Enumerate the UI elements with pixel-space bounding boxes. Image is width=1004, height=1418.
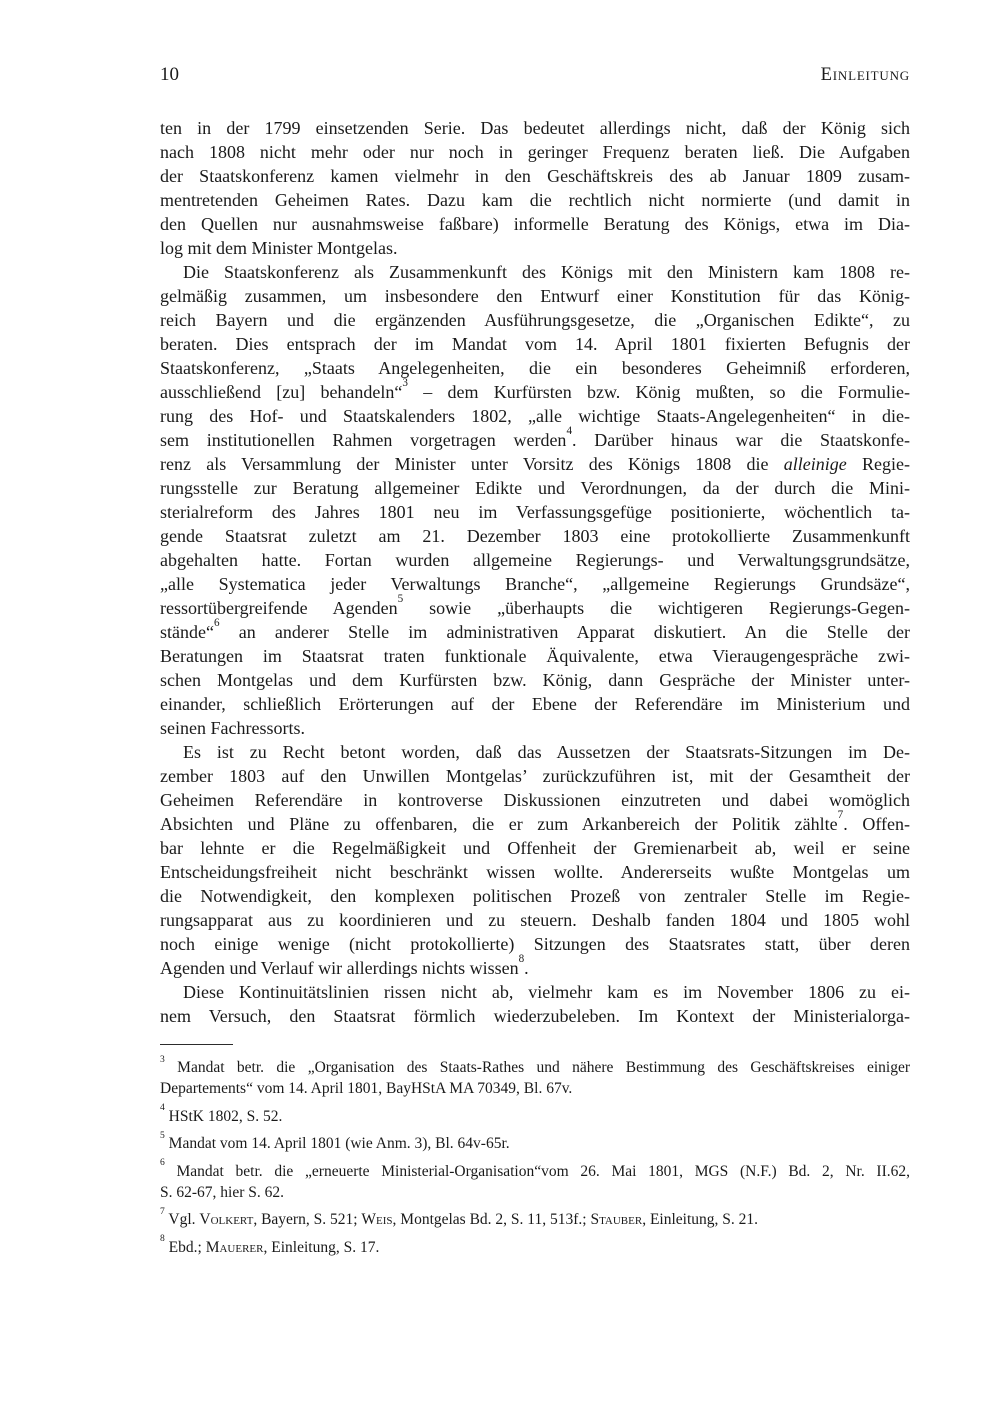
- text-line: sterialreform des Jahres 1801 neu im Ver…: [160, 500, 910, 524]
- footnote-item: 4 HStK 1802, S. 52.: [160, 1106, 910, 1127]
- text-line: rung des Hof- und Staatskalenders 1802, …: [160, 404, 910, 428]
- footnote-item: 5 Mandat vom 14. April 1801 (wie Anm. 3)…: [160, 1133, 910, 1154]
- text-line: Staatskonferenz, „Staats Angelegenheiten…: [160, 356, 910, 380]
- text-line: gelmäßig zusammen, um insbesondere den E…: [160, 284, 910, 308]
- paragraph: Die Staatskonferenz als Zusammenkunft de…: [160, 260, 910, 740]
- text-line: beraten. Dies entsprach der im Mandat vo…: [160, 332, 910, 356]
- text-line: Beratungen im Staatsrat traten funktiona…: [160, 644, 910, 668]
- text-line: Agenden und Verlauf wir allerdings nicht…: [160, 956, 910, 980]
- text-line: ausschließend [zu] behandeln“3 – dem Kur…: [160, 380, 910, 404]
- footnote-line: S. 62-67, hier S. 62.: [160, 1182, 910, 1203]
- text-line: reich Bayern und die ergänzenden Ausführ…: [160, 308, 910, 332]
- text-line: bar lehnte er die Regelmäßigkeit und Off…: [160, 836, 910, 860]
- paragraph: Es ist zu Recht betont worden, daß das A…: [160, 740, 910, 980]
- footnote-rule: [160, 1044, 233, 1045]
- text-line: renz als Versammlung der Minister unter …: [160, 452, 910, 476]
- footnote-number: 5: [160, 1130, 165, 1141]
- footnote-line: 4 HStK 1802, S. 52.: [160, 1106, 910, 1127]
- page-number: 10: [160, 64, 179, 86]
- footnote-item: 6 Mandat betr. die „erneuerte Ministeria…: [160, 1161, 910, 1203]
- text-line: gende Staatsrat zuletzt am 21. Dezember …: [160, 524, 910, 548]
- text-line: Absichten und Pläne zu offenbaren, die e…: [160, 812, 910, 836]
- text-line: schen Montgelas und dem Kurfürsten bzw. …: [160, 668, 910, 692]
- text-line: „alle Systematica jeder Verwaltungs Bran…: [160, 572, 910, 596]
- text-line: zember 1803 auf den Unwillen Montgelas’ …: [160, 764, 910, 788]
- footnote-item: 3 Mandat betr. die „Organisation des Sta…: [160, 1057, 910, 1099]
- text-line: ressortübergreifende Agenden5 sowie „übe…: [160, 596, 910, 620]
- body-text: ten in der 1799 einsetzenden Serie. Das …: [160, 116, 910, 1028]
- footnotes-list: 3 Mandat betr. die „Organisation des Sta…: [160, 1057, 910, 1264]
- paragraph: Diese Kontinuitätslinien rissen nicht ab…: [160, 980, 910, 1028]
- footnote-number: 3: [160, 1054, 165, 1065]
- text-line: sem institutionellen Rahmen vorgetragen …: [160, 428, 910, 452]
- footnote-line: 8 Ebd.; Mauerer, Einleitung, S. 17.: [160, 1237, 910, 1258]
- book-page: 10 Einleitung ten in der 1799 einsetzend…: [0, 0, 1004, 1418]
- text-line: einander, schließlich Erörterungen auf d…: [160, 692, 910, 716]
- running-head: Einleitung: [821, 64, 910, 86]
- text-line: nem Versuch, den Staatsrat förmlich wied…: [160, 1004, 910, 1028]
- text-line: Es ist zu Recht betont worden, daß das A…: [160, 740, 910, 764]
- text-line: Die Staatskonferenz als Zusammenkunft de…: [160, 260, 910, 284]
- text-line: mentretenden Geheimen Rates. Dazu kam di…: [160, 188, 910, 212]
- text-line: Entscheidungsfreiheit nicht beschränkt w…: [160, 860, 910, 884]
- footnote-number: 6: [160, 1157, 165, 1168]
- text-line: stände“6 an anderer Stelle im administra…: [160, 620, 910, 644]
- text-line: rungsapparat aus zu koordinieren und zu …: [160, 908, 910, 932]
- text-line: Geheimen Referendäre in kontroverse Disk…: [160, 788, 910, 812]
- footnote-number: 8: [160, 1233, 165, 1244]
- text-line: ten in der 1799 einsetzenden Serie. Das …: [160, 116, 910, 140]
- footnote-line: Departements“ vom 14. April 1801, BayHSt…: [160, 1078, 910, 1099]
- text-line: abgehalten hatte. Fortan wurden allgemei…: [160, 548, 910, 572]
- text-line: rungsstelle zur Beratung allgemeiner Edi…: [160, 476, 910, 500]
- page-header: 10 Einleitung: [160, 64, 910, 86]
- footnote-number: 7: [160, 1206, 165, 1217]
- text-line: seinen Fachressorts.: [160, 716, 910, 740]
- text-line: log mit dem Minister Montgelas.: [160, 236, 910, 260]
- footnote-item: 8 Ebd.; Mauerer, Einleitung, S. 17.: [160, 1237, 910, 1258]
- footnote-line: 7 Vgl. Volkert, Bayern, S. 521; Weis, Mo…: [160, 1209, 910, 1230]
- text-line: Diese Kontinuitätslinien rissen nicht ab…: [160, 980, 910, 1004]
- text-line: den Quellen nur ausnahmsweise faßbare) i…: [160, 212, 910, 236]
- footnote-line: 6 Mandat betr. die „erneuerte Ministeria…: [160, 1161, 910, 1182]
- text-line: der Staatskonferenz kamen vielmehr in de…: [160, 164, 910, 188]
- footnote-number: 4: [160, 1102, 165, 1113]
- paragraph: ten in der 1799 einsetzenden Serie. Das …: [160, 116, 910, 260]
- text-line: nach 1808 nicht mehr oder nur noch in ge…: [160, 140, 910, 164]
- text-line: noch einige wenige (nicht protokollierte…: [160, 932, 910, 956]
- footnote-line: 5 Mandat vom 14. April 1801 (wie Anm. 3)…: [160, 1133, 910, 1154]
- text-line: die Notwendigkeit, den komplexen politis…: [160, 884, 910, 908]
- footnote-line: 3 Mandat betr. die „Organisation des Sta…: [160, 1057, 910, 1078]
- footnote-item: 7 Vgl. Volkert, Bayern, S. 521; Weis, Mo…: [160, 1209, 910, 1230]
